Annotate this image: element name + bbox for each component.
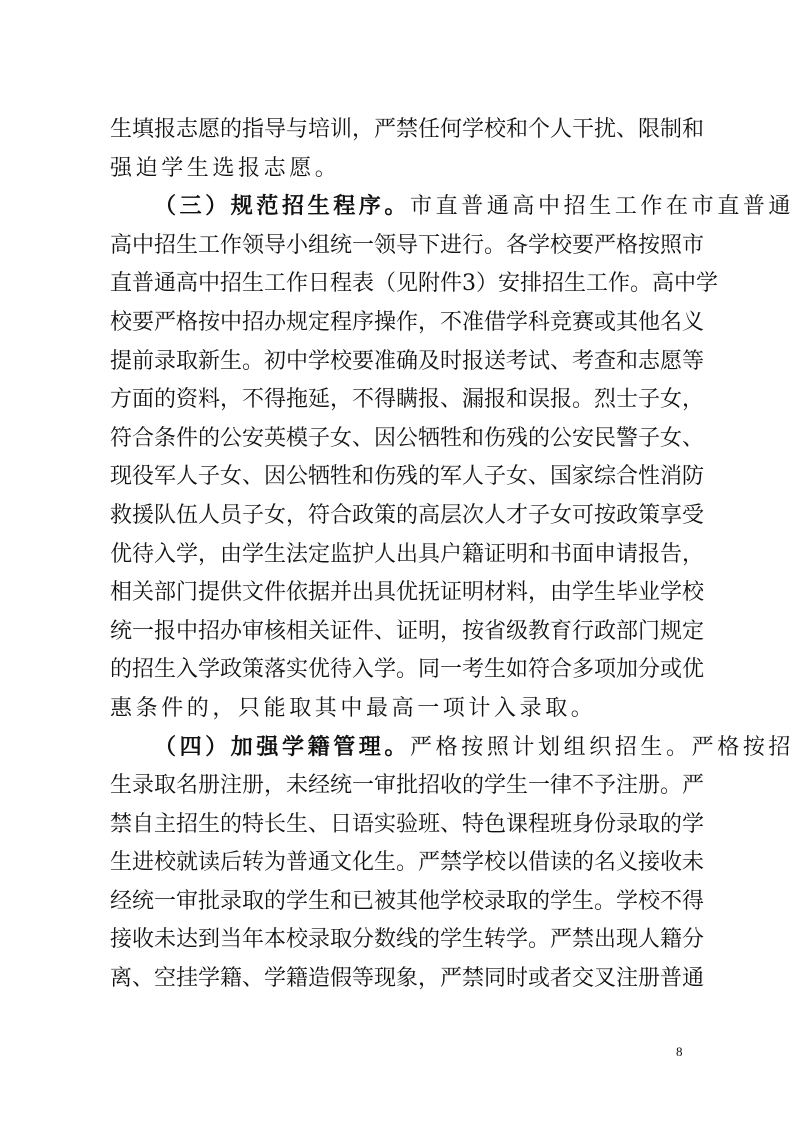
document-page: 生填报志愿的指导与培训，严禁任何学校和个人干扰、限制和 强迫学生选报志愿。 （三… [0,0,793,1122]
text-line: 生进校就读后转为普通文化生。严禁学校以借读的名义接收未 [110,844,688,883]
section-4-heading: （四）加强学籍管理。 [154,735,410,760]
text-line: 接收未达到当年本校录取分数线的学生转学。严禁出现人籍分 [110,921,688,960]
text-line: 统一报中招办审核相关证件、证明，按省级教育行政部门规定 [110,613,688,652]
paragraph-section-3: （三）规范招生程序。市直普通高中招生工作在市直普通 高中招生工作领导小组统一领导… [110,188,690,728]
text-line: 方面的资料，不得拖延，不得瞒报、漏报和误报。烈士子女， [110,381,688,420]
text-line: 相关部门提供文件依据并出具优抚证明材料，由学生毕业学校 [110,574,688,613]
page-number: 8 [676,1044,683,1060]
text-line: 直普通高中招生工作日程表（见附件3）安排招生工作。高中学 [110,265,688,304]
text-line: 提前录取新生。初中学校要准确及时报送考试、考查和志愿等 [110,343,688,382]
text-line: 现役军人子女、因公牺牲和伤残的军人子女、国家综合性消防 [110,458,688,497]
text-line: 优待入学，由学生法定监护人出具户籍证明和书面申请报告， [110,536,688,575]
text-line: 救援队伍人员子女，符合政策的高层次人才子女可按政策享受 [110,497,688,536]
text-line: 强迫学生选报志愿。 [110,150,690,189]
paragraph-continuation: 生填报志愿的指导与培训，严禁任何学校和个人干扰、限制和 强迫学生选报志愿。 [110,111,690,188]
text-line: 的招生入学政策落实优待入学。同一考生如符合多项加分或优 [110,651,688,690]
section-4-first-line: （四）加强学籍管理。严格按照计划组织招生。严格按招 [110,729,690,768]
text-line: 校要严格按中招办规定程序操作，不准借学科竞赛或其他名义 [110,304,688,343]
section-3-first-line: （三）规范招生程序。市直普通高中招生工作在市直普通 [110,188,690,227]
text-line: 生录取名册注册，未经统一审批招收的学生一律不予注册。严 [110,767,688,806]
section-3-heading: （三）规范招生程序。 [154,194,410,219]
section-3-lead-text: 市直普通高中招生工作在市直普通 [410,194,793,219]
section-4-lead-text: 严格按照计划组织招生。严格按招 [410,735,793,760]
text-line: 符合条件的公安英模子女、因公牺牲和伤残的公安民警子女、 [110,420,688,459]
text-line: 离、空挂学籍、学籍造假等现象，严禁同时或者交叉注册普通 [110,960,688,999]
text-line: 高中招生工作领导小组统一领导下进行。各学校要严格按照市 [110,227,688,266]
text-line: 生填报志愿的指导与培训，严禁任何学校和个人干扰、限制和 [110,111,688,150]
paragraph-section-4: （四）加强学籍管理。严格按照计划组织招生。严格按招 生录取名册注册，未经统一审批… [110,729,690,999]
text-line: 经统一审批录取的学生和已被其他学校录取的学生。学校不得 [110,883,688,922]
document-body: 生填报志愿的指导与培训，严禁任何学校和个人干扰、限制和 强迫学生选报志愿。 （三… [110,111,690,999]
text-line: 惠条件的，只能取其中最高一项计入录取。 [110,690,690,729]
text-line: 禁自主招生的特长生、日语实验班、特色课程班身份录取的学 [110,806,688,845]
